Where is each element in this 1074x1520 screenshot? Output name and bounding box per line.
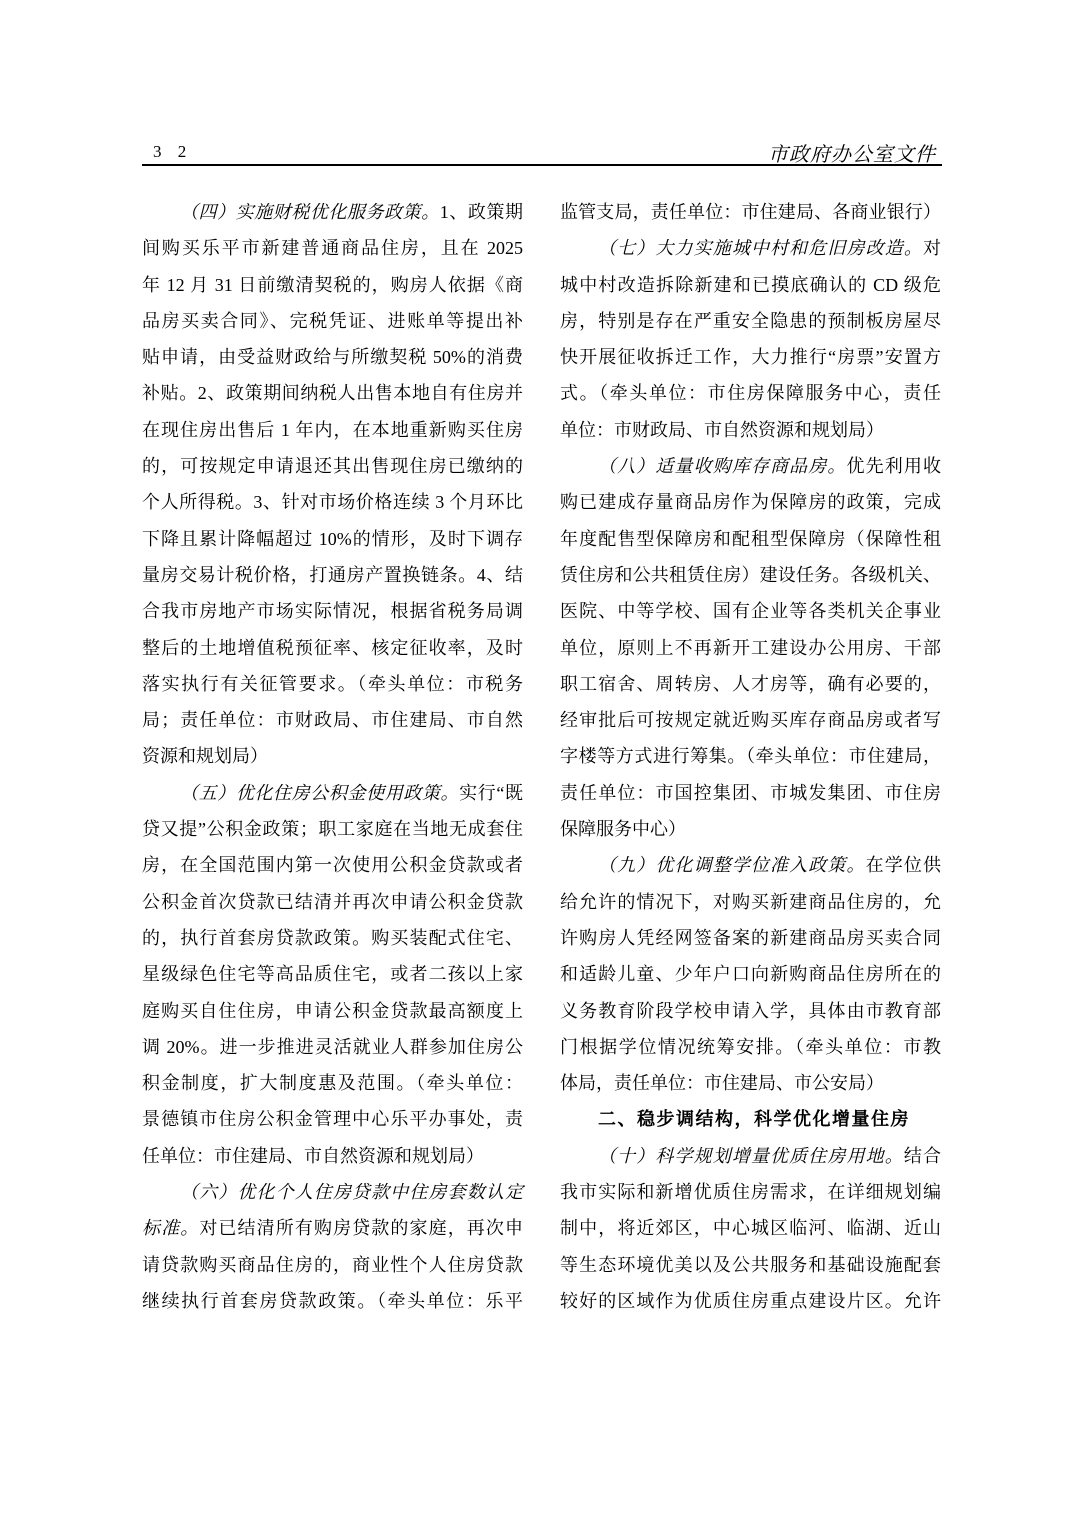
text-line: 较好的区域作为优质住房重点建设片区。允许 [560, 1283, 941, 1319]
text-line: 任单位：市住建局、市自然资源和规划局） [142, 1138, 523, 1174]
song-text-segment: 给允许的情况下，对购买新建商品住房的，允 [560, 892, 941, 912]
text-line: 个人所得税。3、针对市场价格连续 3 个月环比 [142, 484, 523, 520]
text-line: （六）优化个人住房贷款中住房套数认定 [142, 1174, 523, 1210]
text-line: （七）大力实施城中村和危旧房改造。对 [560, 230, 941, 266]
text-line: 合我市房地产市场实际情况，根据省税务局调 [142, 593, 523, 629]
song-text-segment: 调 20%。进一步推进灵活就业人群参加住房公 [142, 1037, 523, 1057]
text-line: （四）实施财税优化服务政策。1、政策期 [142, 194, 523, 230]
song-text-segment: 补贴。2、政策期间纳税人出售本地自有住房并 [142, 383, 523, 403]
song-text-segment: 优先利用收 [847, 456, 941, 476]
song-text-segment: 贴申请，由受益财政给与所缴契税 50%的消费 [142, 347, 523, 367]
song-text-segment: 积金制度，扩大制度惠及范围。（牵头单位： [142, 1073, 523, 1093]
text-line: 局；责任单位：市财政局、市住建局、市自然 [142, 702, 523, 738]
text-line: 责任单位：市国控集团、市城发集团、市住房 [560, 775, 941, 811]
text-line: 门根据学位情况统筹安排。（牵头单位：市教 [560, 1029, 941, 1065]
text-line: 间购买乐平市新建普通商品住房，且在 2025 [142, 230, 523, 266]
song-text-segment: 年 12 月 31 日前缴清契税的，购房人依据《商 [142, 275, 523, 295]
header-rule [142, 164, 942, 166]
song-text-segment: 城中村改造拆除新建和已摸底确认的 CD 级危 [560, 275, 941, 295]
kai-text-segment: （十）科学规划增量优质住房用地。 [598, 1146, 904, 1166]
song-text-segment: 保障服务中心） [560, 819, 686, 839]
song-text-segment: 我市实际和新增优质住房需求，在详细规划编 [560, 1182, 941, 1202]
text-line: 调 20%。进一步推进灵活就业人群参加住房公 [142, 1029, 523, 1065]
song-text-segment: 落实执行有关征管要求。（牵头单位：市税务 [142, 674, 523, 694]
kai-text-segment: （七）大力实施城中村和危旧房改造。 [598, 238, 923, 258]
text-line: 资源和规划局） [142, 738, 523, 774]
song-text-segment: 在学位供 [866, 855, 941, 875]
text-line: 房，特别是存在严重安全隐患的预制板房屋尽 [560, 303, 941, 339]
song-text-segment: 体局，责任单位：市住建局、市公安局） [560, 1073, 884, 1093]
song-text-segment: 合我市房地产市场实际情况，根据省税务局调 [142, 601, 523, 621]
song-text-segment: 整后的土地增值税预征率、核定征收率，及时 [142, 638, 523, 658]
text-line: 等生态环境优美以及公共服务和基础设施配套 [560, 1247, 941, 1283]
text-line: 积金制度，扩大制度惠及范围。（牵头单位： [142, 1065, 523, 1101]
song-text-segment: 个人所得税。3、针对市场价格连续 3 个月环比 [142, 492, 523, 512]
text-line: 保障服务中心） [560, 811, 941, 847]
song-text-segment: 房，在全国范围内第一次使用公积金贷款或者 [142, 855, 523, 875]
song-text-segment: 景德镇市住房公积金管理中心乐平办事处，责 [142, 1109, 523, 1129]
song-text-segment: 在现住房出售后 1 年内，在本地重新购买住房 [142, 420, 523, 440]
text-line: 房，在全国范围内第一次使用公积金贷款或者 [142, 847, 523, 883]
song-text-segment: 和适龄儿童、少年户口向新购商品住房所在的 [560, 964, 941, 984]
text-line: （五）优化住房公积金使用政策。实行“既 [142, 775, 523, 811]
song-text-segment: 监管支局，责任单位：市住建局、各商业银行） [560, 202, 941, 222]
song-text-segment: 的，可按规定申请退还其出售现住房已缴纳的 [142, 456, 523, 476]
text-line: 年度配售型保障房和配租型保障房（保障性租 [560, 521, 941, 557]
song-text-segment: 局；责任单位：市财政局、市住建局、市自然 [142, 710, 523, 730]
song-text-segment: 间购买乐平市新建普通商品住房，且在 2025 [142, 238, 523, 258]
text-line: 标准。对已结清所有购房贷款的家庭，再次申 [142, 1210, 523, 1246]
song-text-segment: 责任单位：市国控集团、市城发集团、市住房 [560, 783, 941, 803]
song-text-segment: 房，特别是存在严重安全隐患的预制板房屋尽 [560, 311, 941, 331]
text-line: 请贷款购买商品住房的，商业性个人住房贷款 [142, 1247, 523, 1283]
text-line: 单位，原则上不再新开工建设办公用房、干部 [560, 630, 941, 666]
song-text-segment: 赁住房和公共租赁住房）建设任务。各级机关、 [560, 565, 941, 585]
text-line: 购已建成存量商品房作为保障房的政策，完成 [560, 484, 941, 520]
text-line: 公积金首次贷款已结清并再次申请公积金贷款 [142, 884, 523, 920]
song-text-segment: 结合 [904, 1146, 941, 1166]
song-text-segment: 1、政策期 [440, 202, 523, 222]
song-text-segment: 年度配售型保障房和配租型保障房（保障性租 [560, 529, 941, 549]
text-line: （九）优化调整学位准入政策。在学位供 [560, 847, 941, 883]
kai-text-segment: 标准。 [142, 1218, 199, 1238]
song-text-segment: 制中，将近郊区，中心城区临河、临湖、近山 [560, 1218, 941, 1238]
song-text-segment: 资源和规划局） [142, 746, 268, 766]
text-line: （八）适量收购库存商品房。优先利用收 [560, 448, 941, 484]
text-line: 贷又提”公积金政策；职工家庭在当地无成套住 [142, 811, 523, 847]
song-text-segment: 等生态环境优美以及公共服务和基础设施配套 [560, 1255, 941, 1275]
song-text-segment: 门根据学位情况统筹安排。（牵头单位：市教 [560, 1037, 941, 1057]
text-line: 式。（牵头单位：市住房保障服务中心，责任 [560, 375, 941, 411]
text-line: 贴申请，由受益财政给与所缴契税 50%的消费 [142, 339, 523, 375]
text-line: 继续执行首套房贷款政策。（牵头单位：乐平 [142, 1283, 523, 1319]
text-line: 下降且累计降幅超过 10%的情形，及时下调存 [142, 521, 523, 557]
song-text-segment: 品房买卖合同》、完税凭证、进账单等提出补 [142, 311, 523, 331]
text-line: 星级绿色住宅等高品质住宅，或者二孩以上家 [142, 956, 523, 992]
kai-text-segment: （八）适量收购库存商品房。 [598, 456, 847, 476]
text-line: 许购房人凭经网签备案的新建商品房买卖合同 [560, 920, 941, 956]
text-line: 二、稳步调结构，科学优化增量住房 [560, 1101, 941, 1137]
song-text-segment: 职工宿舍、周转房、人才房等，确有必要的， [560, 674, 941, 694]
song-text-segment: 快开展征收拆迁工作，大力推行“房票”安置方 [560, 347, 941, 367]
text-line: 经审批后可按规定就近购买库存商品房或者写 [560, 702, 941, 738]
text-line: 庭购买自住住房，申请公积金贷款最高额度上 [142, 993, 523, 1029]
page-number: 3 2 [153, 142, 192, 162]
text-line: 制中，将近郊区，中心城区临河、临湖、近山 [560, 1210, 941, 1246]
kai-text-segment: （四）实施财税优化服务政策。 [180, 202, 440, 222]
song-text-segment: 庭购买自住住房，申请公积金贷款最高额度上 [142, 1001, 523, 1021]
text-line: 的，可按规定申请退还其出售现住房已缴纳的 [142, 448, 523, 484]
song-text-segment: 贷又提”公积金政策；职工家庭在当地无成套住 [142, 819, 523, 839]
song-text-segment: 下降且累计降幅超过 10%的情形，及时下调存 [142, 529, 523, 549]
text-line: 城中村改造拆除新建和已摸底确认的 CD 级危 [560, 267, 941, 303]
kai-text-segment: （六）优化个人住房贷款中住房套数认定 [180, 1182, 523, 1202]
song-text-segment: 医院、中等学校、国有企业等各类机关企事业 [560, 601, 941, 621]
text-line: 品房买卖合同》、完税凭证、进账单等提出补 [142, 303, 523, 339]
text-line: 单位：市财政局、市自然资源和规划局） [560, 412, 941, 448]
two-column-text: （四）实施财税优化服务政策。1、政策期间购买乐平市新建普通商品住房，且在 202… [142, 194, 941, 1319]
text-line: 体局，责任单位：市住建局、市公安局） [560, 1065, 941, 1101]
song-text-segment: 请贷款购买商品住房的，商业性个人住房贷款 [142, 1255, 523, 1275]
song-text-segment: 购已建成存量商品房作为保障房的政策，完成 [560, 492, 941, 512]
song-text-segment: 的，执行首套房贷款政策。购买装配式住宅、 [142, 928, 523, 948]
kai-text-segment: （五）优化住房公积金使用政策。 [180, 783, 459, 803]
song-text-segment: 较好的区域作为优质住房重点建设片区。允许 [560, 1291, 941, 1311]
song-text-segment: 经审批后可按规定就近购买库存商品房或者写 [560, 710, 941, 730]
song-text-segment: 对 [923, 238, 941, 258]
text-line: 的，执行首套房贷款政策。购买装配式住宅、 [142, 920, 523, 956]
song-text-segment: 实行“既 [459, 783, 523, 803]
text-line: 整后的土地增值税预征率、核定征收率，及时 [142, 630, 523, 666]
text-line: 快开展征收拆迁工作，大力推行“房票”安置方 [560, 339, 941, 375]
song-text-segment: 对已结清所有购房贷款的家庭，再次申 [199, 1218, 523, 1238]
song-text-segment: 量房交易计税价格，打通房产置换链条。4、结 [142, 565, 523, 585]
song-text-segment: 继续执行首套房贷款政策。（牵头单位：乐平 [142, 1291, 523, 1311]
song-text-segment: 单位，原则上不再新开工建设办公用房、干部 [560, 638, 941, 658]
song-text-segment: 字楼等方式进行筹集。（牵头单位：市住建局， [560, 746, 941, 766]
text-line: 职工宿舍、周转房、人才房等，确有必要的， [560, 666, 941, 702]
right-column: 监管支局，责任单位：市住建局、各商业银行）（七）大力实施城中村和危旧房改造。对城… [560, 194, 941, 1319]
header-doc-label: 市政府办公室文件 [768, 138, 936, 167]
text-line: 在现住房出售后 1 年内，在本地重新购买住房 [142, 412, 523, 448]
text-line: 赁住房和公共租赁住房）建设任务。各级机关、 [560, 557, 941, 593]
text-line: 景德镇市住房公积金管理中心乐平办事处，责 [142, 1101, 523, 1137]
left-column: （四）实施财税优化服务政策。1、政策期间购买乐平市新建普通商品住房，且在 202… [142, 194, 523, 1319]
text-line: 字楼等方式进行筹集。（牵头单位：市住建局， [560, 738, 941, 774]
text-line: 监管支局，责任单位：市住建局、各商业银行） [560, 194, 941, 230]
song-text-segment: 单位：市财政局、市自然资源和规划局） [560, 420, 884, 440]
song-text-segment: 式。（牵头单位：市住房保障服务中心，责任 [560, 383, 941, 403]
text-line: 落实执行有关征管要求。（牵头单位：市税务 [142, 666, 523, 702]
document-page: 3 2 市政府办公室文件 （四）实施财税优化服务政策。1、政策期间购买乐平市新建… [0, 0, 1074, 1520]
kai-text-segment: （九）优化调整学位准入政策。 [598, 855, 866, 875]
text-line: 补贴。2、政策期间纳税人出售本地自有住房并 [142, 375, 523, 411]
text-line: 义务教育阶段学校申请入学，具体由市教育部 [560, 993, 941, 1029]
song-text-segment: 星级绿色住宅等高品质住宅，或者二孩以上家 [142, 964, 523, 984]
song-text-segment: 任单位：市住建局、市自然资源和规划局） [142, 1146, 484, 1166]
song-text-segment: 义务教育阶段学校申请入学，具体由市教育部 [560, 1001, 941, 1021]
text-line: 给允许的情况下，对购买新建商品住房的，允 [560, 884, 941, 920]
song-text-segment: 许购房人凭经网签备案的新建商品房买卖合同 [560, 928, 941, 948]
song-text-segment: 公积金首次贷款已结清并再次申请公积金贷款 [142, 892, 523, 912]
hei-text-segment: 二、稳步调结构，科学优化增量住房 [598, 1109, 910, 1129]
text-line: 医院、中等学校、国有企业等各类机关企事业 [560, 593, 941, 629]
text-line: 和适龄儿童、少年户口向新购商品住房所在的 [560, 956, 941, 992]
text-line: 我市实际和新增优质住房需求，在详细规划编 [560, 1174, 941, 1210]
text-line: 年 12 月 31 日前缴清契税的，购房人依据《商 [142, 267, 523, 303]
text-line: 量房交易计税价格，打通房产置换链条。4、结 [142, 557, 523, 593]
text-line: （十）科学规划增量优质住房用地。结合 [560, 1138, 941, 1174]
